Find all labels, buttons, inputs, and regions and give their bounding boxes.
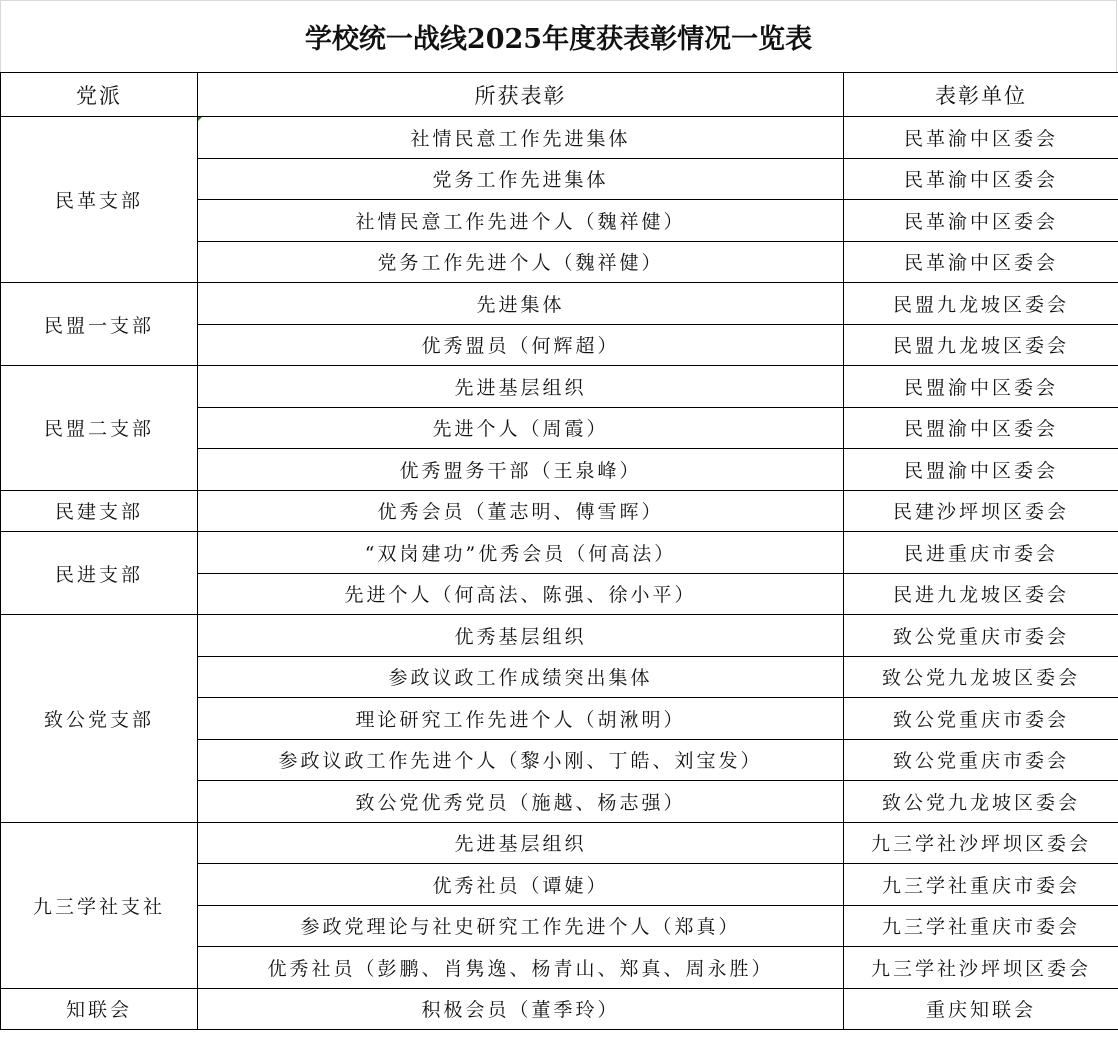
award-cell[interactable]: 优秀盟务干部（王泉峰） bbox=[198, 449, 844, 491]
award-cell[interactable]: 参政议政工作成绩突出集体 bbox=[198, 656, 844, 698]
issuer-cell[interactable]: 九三学社沙坪坝区委会 bbox=[844, 947, 1118, 989]
issuer-cell[interactable]: 民建沙坪坝区委会 bbox=[844, 490, 1118, 532]
issuer-cell[interactable]: 致公党九龙坡区委会 bbox=[844, 781, 1118, 823]
award-cell[interactable]: 先进基层组织 bbox=[198, 822, 844, 864]
award-cell[interactable]: 党务工作先进集体 bbox=[198, 158, 844, 200]
party-cell[interactable]: 致公党支部 bbox=[1, 615, 198, 823]
header-party[interactable]: 党派 bbox=[1, 73, 198, 117]
party-cell[interactable]: 民盟二支部 bbox=[1, 366, 198, 491]
table-row: 民建支部优秀会员（董志明、傅雪晖）民建沙坪坝区委会 bbox=[1, 490, 1118, 532]
table-row: 致公党支部优秀基层组织致公党重庆市委会 bbox=[1, 615, 1118, 657]
table-row: 民进支部“双岗建功”优秀会员（何高法）民进重庆市委会 bbox=[1, 532, 1118, 574]
header-issuer[interactable]: 表彰单位 bbox=[844, 73, 1118, 117]
party-cell[interactable]: 知联会 bbox=[1, 988, 198, 1030]
party-cell[interactable]: 民进支部 bbox=[1, 532, 198, 615]
award-cell[interactable]: 先进基层组织 bbox=[198, 366, 844, 408]
award-cell[interactable]: 参政党理论与社史研究工作先进个人（郑真） bbox=[198, 905, 844, 947]
award-cell[interactable]: 党务工作先进个人（魏祥健） bbox=[198, 241, 844, 283]
issuer-cell[interactable]: 九三学社沙坪坝区委会 bbox=[844, 822, 1118, 864]
issuer-cell[interactable]: 致公党九龙坡区委会 bbox=[844, 656, 1118, 698]
header-award[interactable]: 所获表彰 bbox=[198, 73, 844, 117]
award-cell[interactable]: 积极会员（董季玲） bbox=[198, 988, 844, 1030]
issuer-cell[interactable]: 九三学社重庆市委会 bbox=[844, 864, 1118, 906]
issuer-cell[interactable]: 致公党重庆市委会 bbox=[844, 615, 1118, 657]
award-cell[interactable]: 优秀基层组织 bbox=[198, 615, 844, 657]
header-row: 党派 所获表彰 表彰单位 bbox=[1, 73, 1118, 117]
issuer-cell[interactable]: 民进九龙坡区委会 bbox=[844, 573, 1118, 615]
award-cell[interactable]: 社情民意工作先进个人（魏祥健） bbox=[198, 200, 844, 242]
issuer-cell[interactable]: 民盟九龙坡区委会 bbox=[844, 324, 1118, 366]
award-cell[interactable]: 参政议政工作先进个人（黎小刚、丁皓、刘宝发） bbox=[198, 739, 844, 781]
issuer-cell[interactable]: 民革渝中区委会 bbox=[844, 158, 1118, 200]
issuer-cell[interactable]: 致公党重庆市委会 bbox=[844, 739, 1118, 781]
cell-comment-marker bbox=[198, 117, 202, 121]
award-cell[interactable]: 优秀盟员（何辉超） bbox=[198, 324, 844, 366]
table-row: 民盟二支部先进基层组织民盟渝中区委会 bbox=[1, 366, 1118, 408]
issuer-cell[interactable]: 民进重庆市委会 bbox=[844, 532, 1118, 574]
party-cell[interactable]: 民建支部 bbox=[1, 490, 198, 532]
sheet-title: 学校统一战线2025年度获表彰情况一览表 bbox=[0, 0, 1117, 72]
issuer-cell[interactable]: 民盟渝中区委会 bbox=[844, 449, 1118, 491]
issuer-cell[interactable]: 民盟渝中区委会 bbox=[844, 366, 1118, 408]
award-cell[interactable]: 优秀会员（董志明、傅雪晖） bbox=[198, 490, 844, 532]
table-row: 九三学社支社先进基层组织九三学社沙坪坝区委会 bbox=[1, 822, 1118, 864]
award-summary-sheet: 学校统一战线2025年度获表彰情况一览表 党派 所获表彰 表彰单位 民革支部社情… bbox=[0, 0, 1118, 1040]
award-cell[interactable]: 先进集体 bbox=[198, 283, 844, 325]
award-table: 党派 所获表彰 表彰单位 民革支部社情民意工作先进集体民革渝中区委会党务工作先进… bbox=[0, 72, 1118, 1030]
award-cell[interactable]: 先进个人（周霞） bbox=[198, 407, 844, 449]
table-row: 知联会积极会员（董季玲）重庆知联会 bbox=[1, 988, 1118, 1030]
award-cell[interactable]: 社情民意工作先进集体 bbox=[198, 117, 844, 159]
award-cell[interactable]: 先进个人（何高法、陈强、徐小平） bbox=[198, 573, 844, 615]
award-cell[interactable]: “双岗建功”优秀会员（何高法） bbox=[198, 532, 844, 574]
award-cell[interactable]: 优秀社员（谭婕） bbox=[198, 864, 844, 906]
issuer-cell[interactable]: 九三学社重庆市委会 bbox=[844, 905, 1118, 947]
award-cell[interactable]: 理论研究工作先进个人（胡湫明） bbox=[198, 698, 844, 740]
party-cell[interactable]: 民革支部 bbox=[1, 117, 198, 283]
issuer-cell[interactable]: 民革渝中区委会 bbox=[844, 200, 1118, 242]
party-cell[interactable]: 九三学社支社 bbox=[1, 822, 198, 988]
table-row: 民盟一支部先进集体民盟九龙坡区委会 bbox=[1, 283, 1118, 325]
issuer-cell[interactable]: 民革渝中区委会 bbox=[844, 241, 1118, 283]
issuer-cell[interactable]: 民盟九龙坡区委会 bbox=[844, 283, 1118, 325]
issuer-cell[interactable]: 民盟渝中区委会 bbox=[844, 407, 1118, 449]
table-row: 民革支部社情民意工作先进集体民革渝中区委会 bbox=[1, 117, 1118, 159]
party-cell[interactable]: 民盟一支部 bbox=[1, 283, 198, 366]
issuer-cell[interactable]: 民革渝中区委会 bbox=[844, 117, 1118, 159]
award-cell[interactable]: 优秀社员（彭鹏、肖隽逸、杨青山、郑真、周永胜） bbox=[198, 947, 844, 989]
award-cell[interactable]: 致公党优秀党员（施越、杨志强） bbox=[198, 781, 844, 823]
issuer-cell[interactable]: 重庆知联会 bbox=[844, 988, 1118, 1030]
issuer-cell[interactable]: 致公党重庆市委会 bbox=[844, 698, 1118, 740]
